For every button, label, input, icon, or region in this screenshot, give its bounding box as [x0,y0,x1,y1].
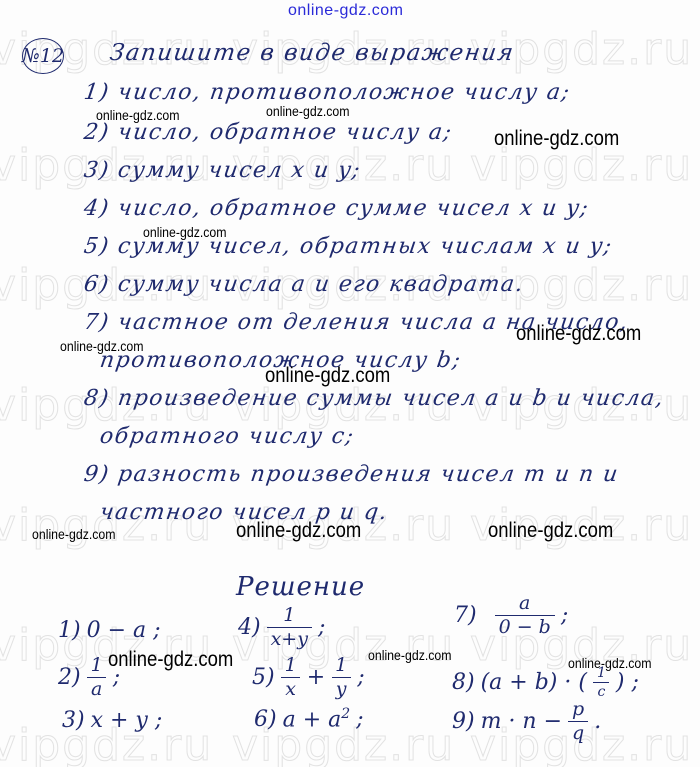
answer-suffix: ; [318,615,325,640]
task-item: 1) число, противоположное числу a; [82,80,572,105]
site-watermark: online-gdz.com [494,127,619,151]
site-watermark: online-gdz.com [568,655,652,671]
top-watermark: online-gdz.com [288,2,404,20]
answer-label: 2) [58,665,81,690]
fraction: 1 x [281,656,301,699]
site-watermark: online-gdz.com [266,103,350,119]
site-watermark: online-gdz.com [32,526,116,542]
denominator: q [568,721,588,743]
answer-expression: (a + b) · ( [481,670,587,695]
task-item: 9) разность произведения чисел m и n и [82,462,620,487]
denominator: x+y [267,627,312,649]
site-watermark: online-gdz.com [368,647,452,663]
operator: + [307,665,325,690]
answer-suffix: ; [561,603,568,628]
answer-expression: 0 − a ; [87,618,161,643]
answer-label: 8) [452,670,475,695]
answer-label: 1) [58,618,81,643]
answer-9: 9) m · n − p q . [452,700,601,743]
answer-label: 4) [238,615,261,640]
fraction: 1 x+y [267,606,312,649]
answer-label: 7) [454,603,477,628]
numerator: p [568,700,588,721]
fraction: p q [568,700,588,743]
numerator: 1 [87,656,107,677]
answer-suffix: . [594,709,601,734]
base-expression: a + a [283,707,342,732]
fraction: 1 y [331,656,351,699]
site-watermark: online-gdz.com [265,364,390,388]
task-item: 8) произведение суммы чисел a и b и числ… [82,386,666,411]
answer-expression: m · n − [481,709,562,734]
answer-label: 6) [254,707,277,732]
denominator: c [593,682,609,699]
site-watermark: online-gdz.com [143,224,227,240]
site-watermark: online-gdz.com [96,107,180,123]
numerator: a [515,594,534,615]
task-item: обратного числу c; [98,424,356,449]
answer-label: 9) [452,709,475,734]
answer-expression: a + a2 [283,706,351,732]
site-watermark: online-gdz.com [488,519,613,543]
numerator: 1 [281,656,301,677]
fraction: 1 a [87,656,107,699]
answer-4: 4) 1 x+y ; [238,606,325,649]
task-item: 6) сумму числа a и его квадрата. [82,272,526,297]
task-instruction: Запишите в виде выражения [108,40,516,66]
site-watermark: online-gdz.com [60,338,144,354]
answer-tail: ) ; [616,670,639,695]
denominator: x [281,677,300,699]
site-watermark: online-gdz.com [236,519,361,543]
answer-1: 1) 0 − a ; [58,618,161,643]
denominator: a [87,677,106,699]
answer-label: 3) [62,708,85,733]
answer-7: 7) a 0 − b ; [454,594,568,637]
answer-label: 5) [252,665,275,690]
fraction: a 0 − b [495,594,555,637]
answer-3: 3) x + y ; [62,708,162,733]
task-item: 2) число, обратное числу a; [82,120,454,145]
task-number: №12 [22,38,64,74]
answer-suffix: ; [356,707,363,732]
exponent: 2 [341,706,350,722]
site-watermark: online-gdz.com [108,648,233,672]
answer-5: 5) 1 x + 1 y ; [252,656,365,699]
numerator: 1 [331,656,351,677]
answer-expression: x + y ; [91,708,163,733]
task-item: 4) число, обратное сумме чисел x и y; [82,196,591,221]
answer-6: 6) a + a2 ; [254,706,364,732]
denominator: y [332,677,351,699]
site-watermark: online-gdz.com [516,322,641,346]
solution-heading: Решение [236,572,365,602]
numerator: 1 [279,606,299,627]
task-item: 3) сумму чисел x и y; [82,158,363,183]
denominator: 0 − b [495,615,555,637]
homework-page: vipgdz.ru vipgdz.ru vipgdz.ru vipgdz.ru … [0,0,700,767]
answer-suffix: ; [357,665,364,690]
